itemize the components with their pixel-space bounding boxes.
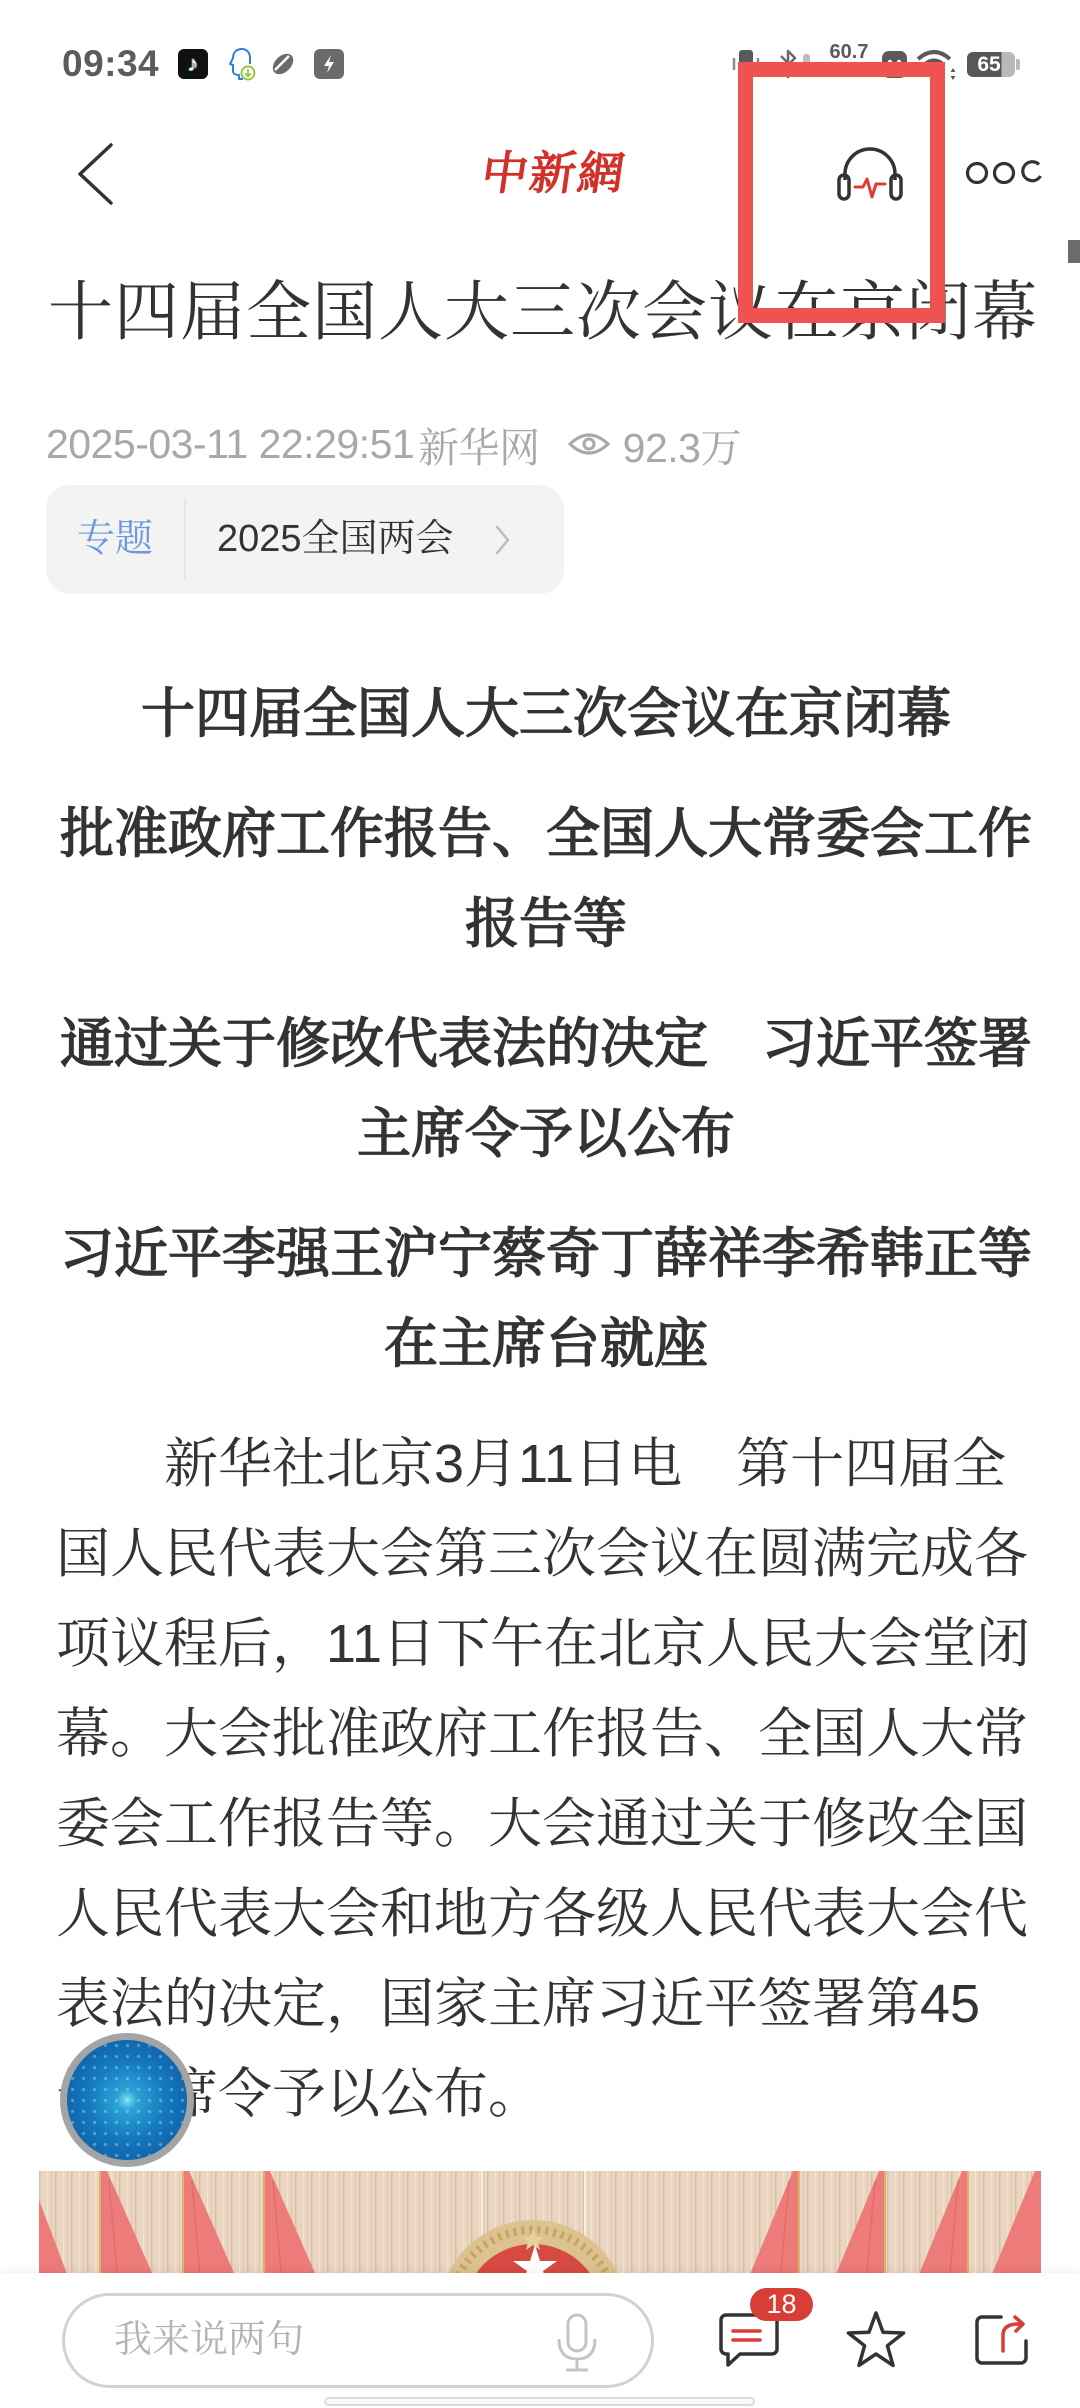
headphone-pulse-icon [839,149,901,199]
eye-icon [567,432,611,456]
paragraph-line: 表法的决定，国家主席习近平签署第45 [56,1959,1036,2049]
subheading-2: 批准政府工作报告、全国人大常委会工作 报告等 [56,789,1036,969]
bottom-action-bar: 18 [0,2273,1080,2408]
comment-count-badge: 18 [750,2288,813,2321]
wifi-icon [916,48,958,82]
site-logo: 中新網 [477,140,630,206]
article-source: 新华网 [418,415,540,474]
subheading-line: 十四届全国人大三次会议在京闭幕 [56,669,1036,759]
topic-label: 专题 [77,485,153,594]
back-button[interactable] [74,140,118,208]
body-paragraph: 新华社北京3月11日电 第十四届全 国人民代表大会第三次会议在圆满完成各 项议程… [56,1419,1036,2139]
comment-icon [721,2315,777,2365]
subheading-line: 批准政府工作报告、全国人大常委会工作 [56,789,1036,879]
paragraph-line: 项议程后，11日下午在北京人民大会堂闭 [56,1599,1036,1689]
home-indicator[interactable] [324,2397,755,2406]
paragraph-line: 号主席令予以公布。 [56,2049,1036,2139]
network-speed-unit: KB/s [823,62,875,80]
paragraph-line: 国人民代表大会第三次会议在圆满完成各 [56,1509,1036,1599]
topic-divider [184,498,186,580]
subheading-4: 习近平李强王沪宁蔡奇丁薛祥李希韩正等 在主席台就座 [56,1209,1036,1389]
battery-level: 65 [967,52,1011,77]
article-meta: 2025-03-11 22:29:51 新华网 92.3万 [46,418,741,470]
battery-icon: 65 [967,52,1020,77]
topic-tag[interactable]: 专题 2025全国两会 [46,485,564,594]
planet-icon [269,50,297,78]
qq-download-icon [226,46,256,82]
status-time: 09:34 [62,44,159,84]
assistant-icon [882,51,907,78]
subheading-3: 通过关于修改代表法的决定 习近平签署 主席令予以公布 [56,999,1036,1179]
listen-button[interactable] [835,144,905,204]
subheading-line: 习近平李强王沪宁蔡奇丁薛祥李希韩正等 [56,1209,1036,1299]
star-icon [848,2313,903,2365]
publish-datetime: 2025-03-11 22:29:51 [46,421,414,468]
scrollbar-thumb[interactable] [1068,240,1080,263]
favorite-button[interactable] [844,2309,908,2371]
comment-input[interactable] [114,2296,554,2385]
share-button[interactable] [973,2313,1033,2369]
subheading-line: 报告等 [56,879,1036,969]
subheading-line: 通过关于修改代表法的决定 习近平签署 [56,999,1036,1089]
network-speed-value: 60.7 [823,42,875,62]
bluetooth-icon [776,47,812,81]
paragraph-line: 幕。大会批准政府工作报告、全国人大常 [56,1689,1036,1779]
lightning-icon [314,49,344,79]
paragraph-line: 委会工作报告等。大会通过关于修改全国 [56,1779,1036,1869]
view-count: 92.3万 [623,415,741,474]
article-title: 十四届全国人大三次会议在京闭幕 [48,272,1038,352]
vibrate-icon [730,49,762,79]
share-icon [977,2317,1026,2363]
chevron-left-icon [80,145,111,203]
chevron-right-icon [492,524,512,556]
subheading-line: 在主席台就座 [56,1299,1036,1389]
digital-globe-icon [67,2040,187,2160]
network-speed: 60.7 KB/s [823,42,875,80]
more-dots-icon [968,162,1041,183]
tiktok-icon: ♪ [178,49,208,79]
topic-name: 2025全国两会 [217,485,454,594]
microphone-icon[interactable] [554,2313,600,2373]
paragraph-line: 新华社北京3月11日电 第十四届全 [56,1419,1036,1509]
battery-cap [1016,59,1020,70]
comment-input-box[interactable] [62,2293,654,2388]
subheading-1: 十四届全国人大三次会议在京闭幕 [56,669,1036,759]
floating-assistant-button[interactable] [60,2033,194,2167]
more-button[interactable] [962,158,1050,188]
subheading-line: 主席令予以公布 [56,1089,1036,1179]
paragraph-line: 人民代表大会和地方各级人民代表大会代 [56,1869,1036,1959]
article-body: 十四届全国人大三次会议在京闭幕 批准政府工作报告、全国人大常委会工作 报告等 通… [56,669,1036,2139]
